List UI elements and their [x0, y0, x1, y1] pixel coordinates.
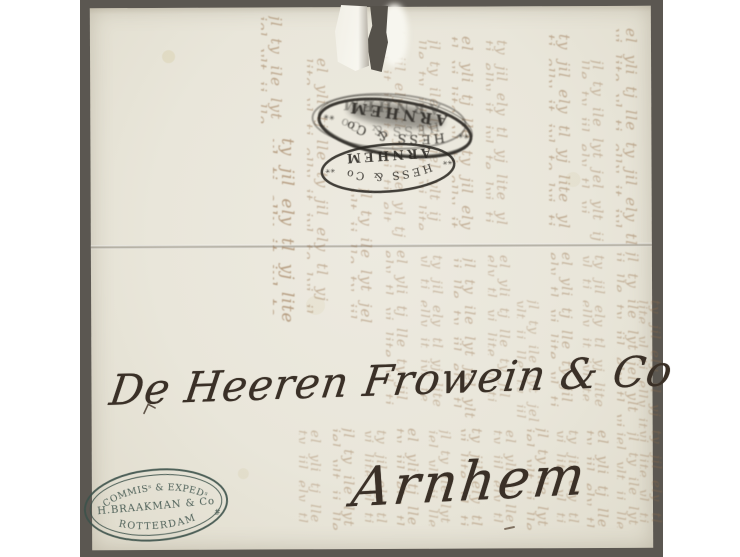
bleedthrough-column: ty jil ely tl yj lite yl tj elly it jyl …: [583, 255, 605, 425]
bleedthrough-column: ty jil ely tl yj lite yl tj elly it jyl …: [273, 138, 295, 334]
bleedthrough-column: ty jil ely tl yj lite yl tj elly it jyl …: [486, 40, 508, 245]
bleedthrough-column: jl ty ile lyt jel ylt ij lle ty jil ely …: [351, 188, 373, 338]
postmark-ornament-right: ✳✳: [325, 166, 335, 174]
bleedthrough-column: jl ty ile lyt jel ylt ij lle ty jil ely …: [617, 252, 639, 430]
bleedthrough-column: el yli tj lle ty jil ely tl yj lite yl t…: [551, 252, 573, 427]
svg-text:ROTTERDAM: ROTTERDAM: [117, 512, 199, 535]
postmark-arnhem-lower: HESS & Co ARNHEM ✳✳ ✳✳: [315, 135, 461, 200]
bleedthrough-column: jl ty ile lyt jel ylt ij lle ty jil ely …: [617, 432, 639, 542]
forwarder-line3: ROTTERDAM: [117, 512, 199, 535]
bleedthrough-column: el yli tj lle ty jil ely tl yj lite yl t…: [299, 430, 321, 542]
bleedthrough-column: jl ty ile lyt jel ylt ij lle ty jil ely …: [582, 60, 604, 245]
forwarder-side-mark: #: [214, 507, 222, 517]
bleedthrough-column: jl ty ile lyt jel ylt ij lle ty jil ely …: [261, 16, 283, 134]
bleedthrough-column: ty jil ely tl yj lite yl tj elly it jyl …: [640, 430, 662, 542]
postmark-ornament-left: ✳✳: [442, 158, 452, 166]
forwarder-stamp-rotterdam: COMMISˢ & EXPEDˢ H.BRAAKMAN & Co ROTTERD…: [78, 461, 234, 549]
bleedthrough-column: el yli tj lle ty jil ely tl yj lite yl t…: [616, 28, 638, 246]
letter-photo: jl ty ile lyt jel ylt ij lle ty jil ely …: [80, 0, 663, 557]
address-line-city: Arnhem: [348, 444, 591, 520]
tear-paper-flap: [335, 5, 369, 71]
bleedthrough-column: ty jil ely tl yj lite yl tj elly it jyl …: [549, 34, 571, 246]
